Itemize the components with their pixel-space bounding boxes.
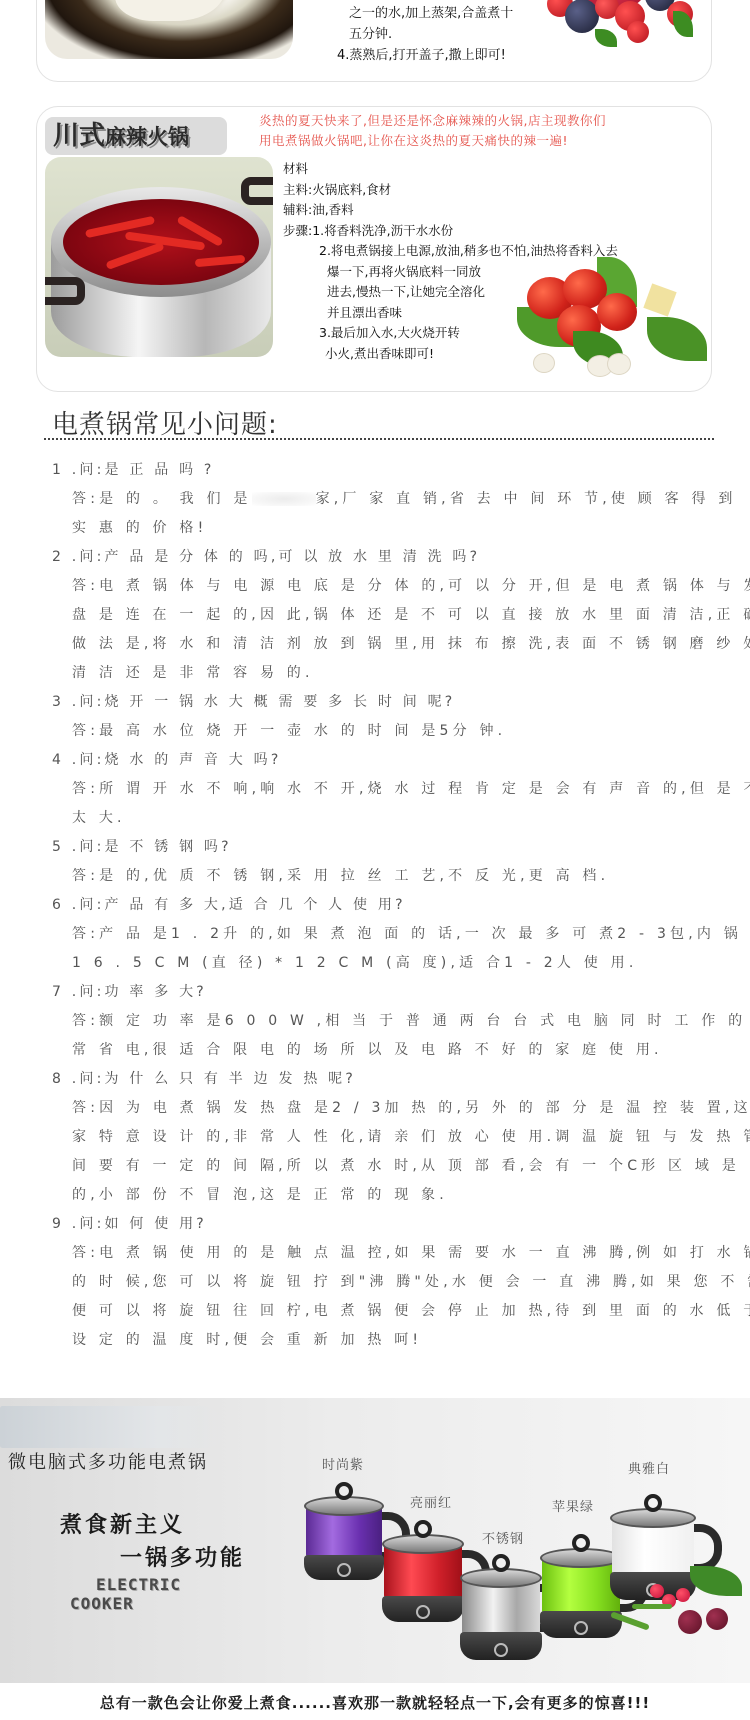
faq-answer: 答:所 谓 开 水 不 响,响 水 不 开,烧 水 过 程 肯 定 是 会 有 … (52, 775, 712, 833)
answer-line: 的 时 候,您 可 以 将 旋 钮 拧 到"沸 腾"处,水 便 会 一 直 沸 … (72, 1268, 712, 1297)
cooker-purple[interactable] (304, 1496, 384, 1580)
faq-question: 7 .问:功 率 多 大? (52, 978, 712, 1007)
answer-line: 1 6 . 5 C M (直 径) * 1 2 C M (高 度),适 合1 -… (72, 949, 712, 978)
faq-answer: 答:是 的,优 质 不 锈 钢,采 用 拉 丝 工 艺,不 反 光,更 高 档. (52, 862, 712, 891)
color-label-stainless: 不锈钢 (482, 1528, 524, 1547)
faq-item: 9 .问:如 何 使 用? 答:电 煮 锅 使 用 的 是 触 点 温 控,如 … (52, 1210, 712, 1355)
product-color-banner: 微电脑式多功能电煮锅 煮食新主义 一锅多功能 ELECTRIC COOKER 时… (0, 1398, 750, 1683)
faq-item: 2 .问:产 品 是 分 体 的 吗,可 以 放 水 里 清 洗 吗? 答:电 … (52, 543, 712, 688)
cooker-red[interactable] (382, 1534, 464, 1622)
answer-line: 常 省 电,很 适 合 限 电 的 场 所 以 及 电 路 不 好 的 家 庭 … (72, 1036, 712, 1065)
answer-line: 间 要 有 一 定 的 间 隔,所 以 煮 水 时,从 顶 部 看,会 有 一 … (72, 1152, 712, 1181)
faq-question: 1 .问:是 正 品 吗 ? (52, 456, 712, 485)
faq-divider (44, 438, 714, 440)
faq-answer: 答:电 煮 锅 体 与 电 源 电 底 是 分 体 的,可 以 分 开,但 是 … (52, 572, 712, 688)
answer-line: 太 大. (72, 804, 712, 833)
faq-question: 4 .问:烧 水 的 声 音 大 吗? (52, 746, 712, 775)
answer-line: 答:是 的,优 质 不 锈 钢,采 用 拉 丝 工 艺,不 反 光,更 高 档. (72, 862, 712, 891)
hotpot-recipe-card: 川式麻辣火锅 炎热的夏天快来了,但是还是怀念麻辣辣的火锅,店主现教你们 用电煮锅… (36, 106, 712, 392)
banner-slogan-line2: 一锅多功能 (120, 1541, 245, 1572)
step-line: 五分钟. (337, 24, 513, 45)
brush-stroke-decoration (0, 1406, 225, 1448)
banner-headline: 微电脑式多功能电煮锅 (8, 1448, 208, 1474)
faq-question: 3 .问:烧 开 一 锅 水 大 概 需 要 多 长 时 间 呢? (52, 688, 712, 717)
answer-line: 答:所 谓 开 水 不 响,响 水 不 开,烧 水 过 程 肯 定 是 会 有 … (72, 775, 712, 804)
intro-line: 炎热的夏天快来了,但是还是怀念麻辣辣的火锅,店主现教你们 (259, 111, 709, 131)
answer-line: 便 可 以 将 旋 钮 往 回 柠,电 煮 锅 便 会 停 止 加 热,待 到 … (72, 1297, 712, 1326)
main-ingredients: 主料:火锅底料,食材 (283, 180, 618, 201)
faq-item: 3 .问:烧 开 一 锅 水 大 概 需 要 多 长 时 间 呢? 答:最 高 … (52, 688, 712, 746)
faq-item: 4 .问:烧 水 的 声 音 大 吗? 答:所 谓 开 水 不 响,响 水 不 … (52, 746, 712, 833)
recipe-title-big: 川式 (53, 121, 105, 151)
faq-item: 6 .问:产 品 有 多 大,适 合 几 个 人 使 用? 答:产 品 是1 .… (52, 891, 712, 978)
answer-line: 答:产 品 是1 . 2升 的,如 果 煮 泡 面 的 话,一 次 最 多 可 … (72, 920, 712, 949)
faq-list: 1 .问:是 正 品 吗 ? 答:是 的 。 我 们 是家,厂 家 直 销,省 … (52, 456, 712, 1355)
recipe-steps-tail: 之一的水,加上蒸架,合盖煮十 五分钟. 4.蒸熟后,打开盖子,撒上即可! (337, 3, 513, 66)
answer-line: 家,厂 家 直 销,省 去 中 间 环 节,使 顾 客 得 到 (316, 491, 737, 507)
banner-slogan-line1: 煮食新主义 (60, 1508, 185, 1539)
answer-line: 答:因 为 电 煮 锅 发 热 盘 是2 / 3加 热 的,另 外 的 部 分 … (72, 1094, 712, 1123)
color-label-white: 典雅白 (628, 1458, 670, 1477)
answer-line: 的,小 部 份 不 冒 泡,这 是 正 常 的 现 象. (72, 1181, 712, 1210)
faq-question: 6 .问:产 品 有 多 大,适 合 几 个 人 使 用? (52, 891, 712, 920)
faq-answer: 答:因 为 电 煮 锅 发 热 盘 是2 / 3加 热 的,另 外 的 部 分 … (52, 1094, 712, 1210)
step-line: 之一的水,加上蒸架,合盖煮十 (337, 3, 513, 24)
answer-line: 设 定 的 温 度 时,便 会 重 新 加 热 呵! (72, 1326, 712, 1355)
blurred-brand-logo (252, 492, 316, 506)
recipe-title: 川式麻辣火锅 (45, 117, 227, 155)
faq-answer: 答:产 品 是1 . 2升 的,如 果 煮 泡 面 的 话,一 次 最 多 可 … (52, 920, 712, 978)
color-label-red: 亮丽红 (410, 1492, 452, 1511)
recipe-title-small: 麻辣火锅 (105, 125, 189, 149)
faq-answer: 答:电 煮 锅 使 用 的 是 触 点 温 控,如 果 需 要 水 一 直 沸 … (52, 1239, 712, 1355)
faq-answer: 答:是 的 。 我 们 是家,厂 家 直 销,省 去 中 间 环 节,使 顾 客… (52, 485, 712, 543)
color-label-green: 苹果绿 (552, 1496, 594, 1515)
faq-item: 7 .问:功 率 多 大? 答:额 定 功 率 是6 0 0 W ,相 当 于 … (52, 978, 712, 1065)
banner-english-line2: COOKER (70, 1594, 134, 1613)
footer-tagline: 总有一款色会让你爱上煮食......喜欢那一款就轻轻点一下,会有更多的惊喜!!! (0, 1692, 750, 1713)
steamed-fish-image (45, 0, 293, 59)
answer-line: 答:是 的 。 我 们 是 (72, 491, 252, 507)
recipe-intro: 炎热的夏天快来了,但是还是怀念麻辣辣的火锅,店主现教你们 用电煮锅做火锅吧,让你… (259, 111, 709, 151)
faq-question: 2 .问:产 品 是 分 体 的 吗,可 以 放 水 里 清 洗 吗? (52, 543, 712, 572)
faq-item: 1 .问:是 正 品 吗 ? 答:是 的 。 我 们 是家,厂 家 直 销,省 … (52, 456, 712, 543)
answer-line: 答:电 煮 锅 使 用 的 是 触 点 温 控,如 果 需 要 水 一 直 沸 … (72, 1239, 712, 1268)
intro-line: 用电煮锅做火锅吧,让你在这炎热的夏天痛快的辣一遍! (259, 131, 709, 151)
berries-image (517, 0, 707, 51)
tomato-basil-image (497, 257, 707, 381)
answer-line: 家 特 意 设 计 的,非 常 人 性 化,请 亲 们 放 心 使 用.调 温 … (72, 1123, 712, 1152)
cooker-stainless[interactable] (460, 1568, 542, 1660)
faq-answer: 答:最 高 水 位 烧 开 一 壶 水 的 时 间 是5分 钟. (52, 717, 712, 746)
secondary-ingredients: 辅料:油,香料 (283, 200, 618, 221)
color-label-purple: 时尚紫 (322, 1454, 364, 1473)
answer-line: 清 洁 还 是 非 常 容 易 的. (72, 659, 712, 688)
faq-answer: 答:额 定 功 率 是6 0 0 W ,相 当 于 普 通 两 台 台 式 电 … (52, 1007, 712, 1065)
answer-line: 答:最 高 水 位 烧 开 一 壶 水 的 时 间 是5分 钟. (72, 717, 712, 746)
hotpot-image (45, 157, 273, 357)
steamed-fish-recipe-card: 之一的水,加上蒸架,合盖煮十 五分钟. 4.蒸熟后,打开盖子,撒上即可! (36, 0, 712, 82)
answer-line: 实 惠 的 价 格! (72, 514, 712, 543)
answer-line: 答:电 煮 锅 体 与 电 源 电 底 是 分 体 的,可 以 分 开,但 是 … (72, 572, 712, 601)
faq-item: 8 .问:为 什 么 只 有 半 边 发 热 呢? 答:因 为 电 煮 锅 发 … (52, 1065, 712, 1210)
faq-question: 8 .问:为 什 么 只 有 半 边 发 热 呢? (52, 1065, 712, 1094)
answer-line: 答:额 定 功 率 是6 0 0 W ,相 当 于 普 通 两 台 台 式 电 … (72, 1007, 712, 1036)
faq-question: 9 .问:如 何 使 用? (52, 1210, 712, 1239)
faq-title: 电煮锅常见小问题: (52, 404, 278, 441)
answer-line: 做 法 是,将 水 和 清 洁 剂 放 到 锅 里,用 抹 布 擦 洗,表 面 … (72, 630, 712, 659)
faq-item: 5 .问:是 不 锈 钢 吗? 答:是 的,优 质 不 锈 钢,采 用 拉 丝 … (52, 833, 712, 891)
faq-question: 5 .问:是 不 锈 钢 吗? (52, 833, 712, 862)
step-line: 4.蒸熟后,打开盖子,撒上即可! (337, 45, 513, 66)
materials-label: 材料 (283, 159, 618, 180)
banner-english-line1: ELECTRIC (96, 1575, 181, 1594)
step-line: 步骤:1.将香料洗净,沥干水水份 (283, 221, 618, 242)
answer-line: 盘 是 连 在 一 起 的,因 此,锅 体 还 是 不 可 以 直 接 放 水 … (72, 601, 712, 630)
